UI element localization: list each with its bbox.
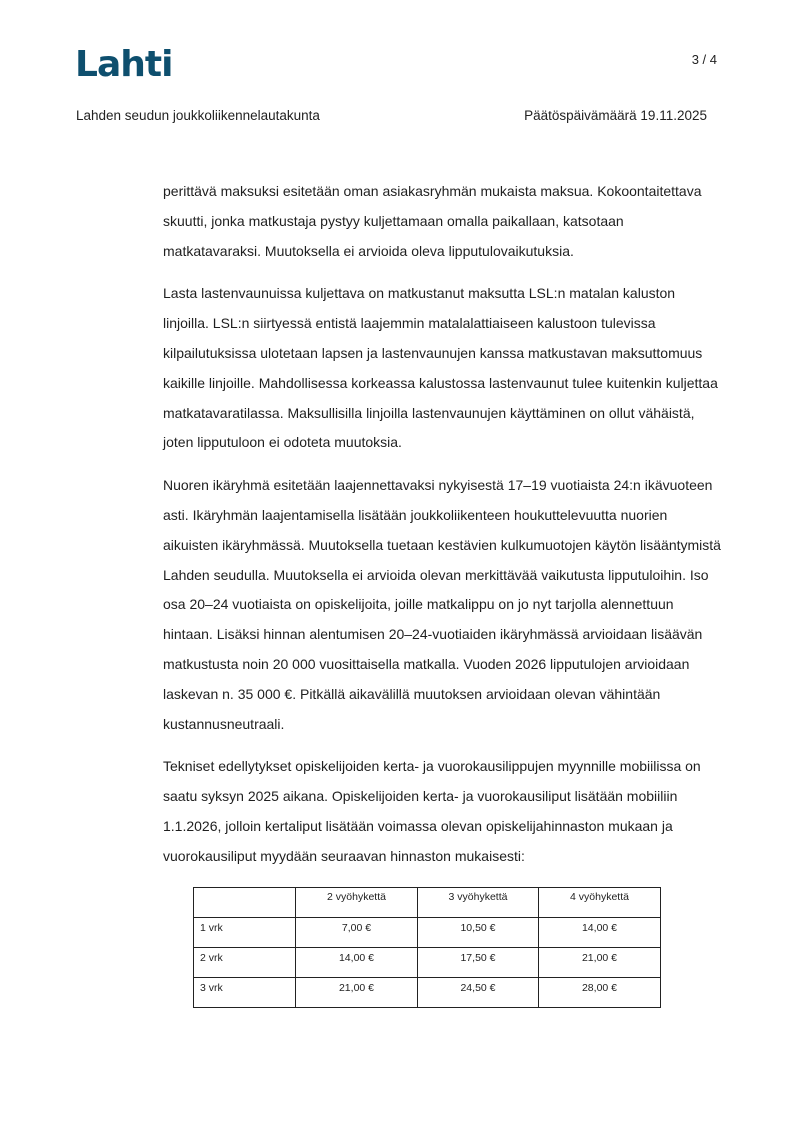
price-cell: 10,50 € bbox=[418, 918, 539, 948]
decision-date: Päätöspäivämäärä 19.11.2025 bbox=[524, 108, 707, 123]
table-header-row: 2 vyöhykettä 3 vyöhykettä 4 vyöhykettä bbox=[194, 888, 661, 918]
price-cell: 21,00 € bbox=[539, 948, 661, 978]
price-cell: 28,00 € bbox=[539, 978, 661, 1008]
table-header-cell: 4 vyöhykettä bbox=[539, 888, 661, 918]
price-cell: 14,00 € bbox=[296, 948, 418, 978]
page-number: 3 / 4 bbox=[692, 52, 717, 67]
paragraph-strollers: Lasta lastenvaunuissa kuljettava on matk… bbox=[163, 279, 723, 458]
row-label: 1 vrk bbox=[194, 918, 296, 948]
price-cell: 17,50 € bbox=[418, 948, 539, 978]
paragraph-youth-age-group: Nuoren ikäryhmä esitetään laajennettavak… bbox=[163, 471, 723, 739]
table-row: 2 vrk 14,00 € 17,50 € 21,00 € bbox=[194, 948, 661, 978]
price-cell: 14,00 € bbox=[539, 918, 661, 948]
price-cell: 7,00 € bbox=[296, 918, 418, 948]
paragraph-luggage: perittävä maksuksi esitetään oman asiaka… bbox=[163, 177, 723, 266]
row-label: 3 vrk bbox=[194, 978, 296, 1008]
paragraph-student-tickets: Tekniset edellytykset opiskelijoiden ker… bbox=[163, 752, 723, 871]
price-cell: 21,00 € bbox=[296, 978, 418, 1008]
table-row: 1 vrk 7,00 € 10,50 € 14,00 € bbox=[194, 918, 661, 948]
table-header-cell: 3 vyöhykettä bbox=[418, 888, 539, 918]
price-cell: 24,50 € bbox=[418, 978, 539, 1008]
row-label: 2 vrk bbox=[194, 948, 296, 978]
document-body: perittävä maksuksi esitetään oman asiaka… bbox=[163, 177, 723, 872]
table-header-cell bbox=[194, 888, 296, 918]
day-ticket-price-table: 2 vyöhykettä 3 vyöhykettä 4 vyöhykettä 1… bbox=[193, 887, 661, 1008]
lahti-logo: Lahti bbox=[75, 46, 172, 84]
organization-name: Lahden seudun joukkoliikennelautakunta bbox=[76, 108, 320, 123]
table-header-cell: 2 vyöhykettä bbox=[296, 888, 418, 918]
table-row: 3 vrk 21,00 € 24,50 € 28,00 € bbox=[194, 978, 661, 1008]
